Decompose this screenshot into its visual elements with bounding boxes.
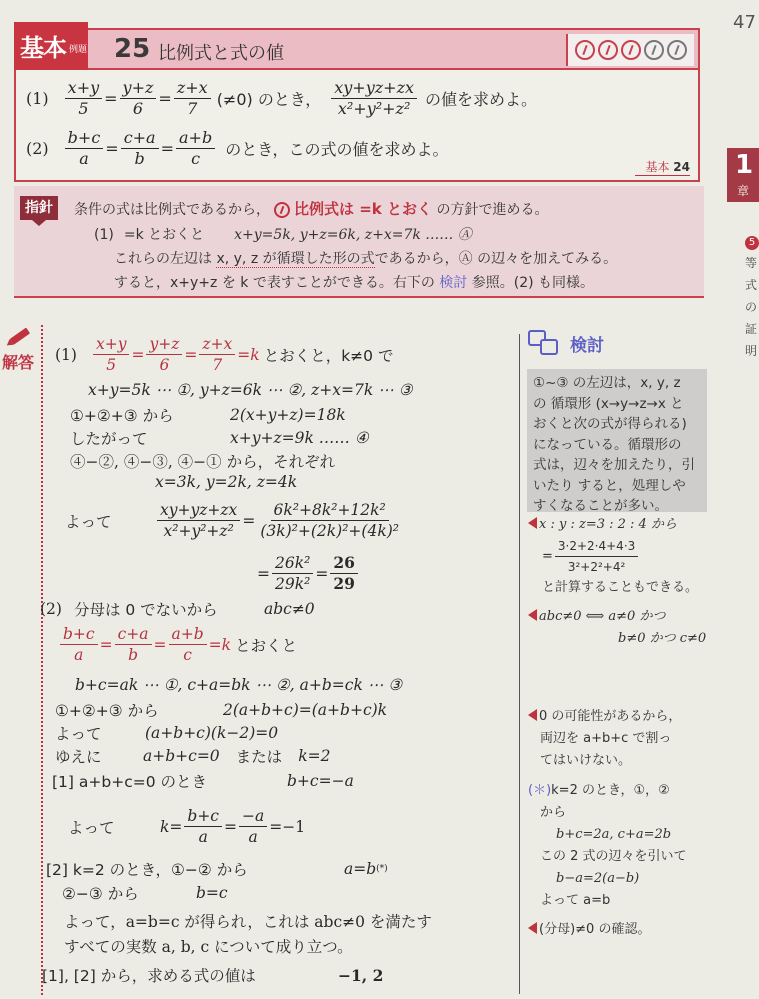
kentou-box: ①~③ の左辺は，x, y, z の 循環形 (x→y→z→x と おくと次の式… xyxy=(527,369,707,512)
fraction: 6k²+8k²+12k²(3k)²+(2k)²+(4k)² xyxy=(257,500,402,541)
answer-p1-line: x+y=5k ⋯ ①, y+z=6k ⋯ ②, z+x=7k ⋯ ③ xyxy=(88,381,412,399)
answer-p1-final: =26k²29k²= 2629 xyxy=(257,553,360,594)
side-note-star: (＊)k=2 のとき，①，② から b+c=2a, c+a=2b この 2 式の… xyxy=(528,780,687,912)
fraction: 26k²29k² xyxy=(272,553,313,594)
kentou-line: 式は，辺々を加えたり，引 xyxy=(533,455,701,476)
answer-p2-line: ②−③ からb=c xyxy=(62,882,228,904)
kentou-line: いたり すると，処理しや xyxy=(533,476,701,497)
difficulty-rating xyxy=(566,34,694,66)
difficulty-icon-filled xyxy=(575,40,595,60)
kentou-title: 検討 xyxy=(570,331,604,356)
answer-p2-line: ①+②+③ から2(a+b+c)=(a+b+c)k xyxy=(55,699,387,721)
example-title: 比例式と式の値 xyxy=(158,39,284,65)
side-note-ratio: x : y : z=3 : 2 : 4 から =3·2+2·4+4·33²+2²… xyxy=(528,514,698,599)
fraction: c+ab xyxy=(121,128,159,169)
ask-text: の値を求めよ。 xyxy=(425,87,537,110)
problem-part-1: (1) x+y5= y+z6= z+x7 (≠0) のとき， xy+yz+zxx… xyxy=(26,78,537,119)
final-fraction: 2629 xyxy=(330,553,358,594)
fraction: x+y5 xyxy=(93,334,130,375)
kentou-line: ①~③ の左辺は，x, y, z xyxy=(533,373,701,394)
part-label: (2) xyxy=(26,139,49,158)
fraction: y+z6 xyxy=(120,78,157,119)
kihon-tag: 基本 例題 xyxy=(14,22,88,70)
pointer-triangle-icon xyxy=(528,609,537,621)
hint-tag: 指針 xyxy=(20,196,58,220)
margin-char: 式 xyxy=(745,274,759,296)
fraction: z+x7 xyxy=(174,78,211,119)
part-label: (1) xyxy=(55,346,77,364)
answer-p2-line: すべての実数 a, b, c について成り立つ。 xyxy=(64,935,353,957)
answer-p1-intro: (1) x+y5= y+z6= z+x7 =k とおくと，k≠0 で xyxy=(55,334,393,375)
caution-icon xyxy=(274,202,290,218)
side-note-denominator: (分母)≠0 の確認。 xyxy=(528,919,650,941)
part-label: (2) xyxy=(40,600,62,618)
kentou-link[interactable]: 検討 xyxy=(439,275,467,291)
fraction: b+ca xyxy=(65,128,104,169)
fraction: −aa xyxy=(239,806,267,847)
chapter-label: 章 xyxy=(737,182,749,199)
final-answer: −1, 2 xyxy=(338,966,383,985)
condition-text: (≠0) のとき， xyxy=(217,87,322,110)
section-badge: 5 xyxy=(745,236,759,250)
ref-prefix: 基本 xyxy=(645,160,669,174)
hint-line-2: (1)=k とおくとx+y=5k, y+z=6k, z+x=7k …… Ⓐ xyxy=(94,224,472,244)
answer-p2-case2: [2] k=2 のとき，①−② からa=b(*) xyxy=(46,858,388,880)
answer-p1-line: したがってx+y+z=9k …… ④ xyxy=(70,427,369,449)
fraction: c+ab xyxy=(115,624,152,665)
fraction: b+ca xyxy=(184,806,222,847)
fraction: z+x7 xyxy=(199,334,235,375)
difficulty-icon-filled xyxy=(598,40,618,60)
kentou-icon xyxy=(528,330,562,356)
answer-p1-line: ①+②+③ から2(x+y+z)=18k xyxy=(70,404,346,426)
fraction: xy+yz+zxx²+y²+z² xyxy=(157,500,240,541)
answer-p1-line: ④−②, ④−③, ④−① から，それぞれ xyxy=(70,450,335,472)
pointer-triangle-icon xyxy=(528,517,537,529)
answer-p1-result: よって xy+yz+zxx²+y²+z²= 6k²+8k²+12k²(3k)²+… xyxy=(65,500,404,541)
answer-p2-line: ゆえにa+b+c=0またはk=2 xyxy=(55,745,330,767)
target-fraction: xy+yz+zxx²+y²+z² xyxy=(331,78,417,119)
fraction: x+y5 xyxy=(65,78,102,119)
answer-p2-intro: (2) 分母は 0 でないからabc≠0 xyxy=(40,598,315,620)
hint-section: 指針 条件の式は比例式であるから，比例式は =k とおく の方針で進める。 (1… xyxy=(14,186,704,298)
fraction: y+z6 xyxy=(146,334,182,375)
answer-p2-line: よって，a=b=c が得られ，これは abc≠0 を満たす xyxy=(64,910,432,932)
ask-text: のとき，この式の値を求めよ。 xyxy=(225,137,448,160)
fraction: 3·2+2·4+4·33²+2²+4² xyxy=(555,536,638,577)
margin-char: 明 xyxy=(745,340,759,362)
side-note-division: 0 の可能性があるから， 両辺を a+b+c で割っ てはいけない。 xyxy=(528,706,681,772)
problem-box: 基本 例題 25 比例式と式の値 (1) x+y5= y+z6= z+x7 (≠… xyxy=(14,28,700,182)
answer-p2-line: b+c=ak ⋯ ①, c+a=bk ⋯ ②, a+b=ck ⋯ ③ xyxy=(75,676,402,694)
reference-link[interactable]: 基本 24 xyxy=(635,158,690,176)
answer-p2-case1: [1] a+b+c=0 のときb+c=−a xyxy=(52,770,354,792)
difficulty-icon-empty xyxy=(667,40,687,60)
page-number: 47 xyxy=(733,12,756,33)
chapter-number: 1 xyxy=(735,150,753,180)
fraction: a+bc xyxy=(176,128,215,169)
kentou-line: おくと次の式が得られる) xyxy=(533,414,701,435)
answer-p2-setk: b+ca= c+ab= a+bc =k とおくと xyxy=(58,624,297,665)
hint-line-1: 条件の式は比例式であるから，比例式は =k とおく の方針で進める。 xyxy=(74,198,548,219)
answer-p2-case1-result: よって k= b+ca= −aa =−1 xyxy=(68,806,305,847)
difficulty-icon-filled xyxy=(621,40,641,60)
answer-p2-line: よって(a+b+c)(k−2)=0 xyxy=(55,722,278,744)
problem-header: 基本 例題 25 比例式と式の値 xyxy=(16,30,698,70)
fraction: b+ca xyxy=(60,624,98,665)
fraction: a+bc xyxy=(169,624,207,665)
answer-p2-final: [1], [2] から，求める式の値は−1, 2 xyxy=(42,964,383,986)
hint-line-3: これらの左辺は x, y, z が循環した形の式であるから，Ⓐ の辺々を加えてみ… xyxy=(114,248,617,268)
pencil-icon xyxy=(6,326,36,346)
difficulty-icon-empty xyxy=(644,40,664,60)
problem-part-2: (2) b+ca= c+ab= a+bc のとき，この式の値を求めよ。 xyxy=(26,128,449,169)
column-divider xyxy=(519,334,520,994)
margin-char: 等 xyxy=(745,252,759,274)
chapter-tab[interactable]: 1 章 xyxy=(727,148,759,202)
pointer-triangle-icon xyxy=(528,709,537,721)
hint-emphasis: 比例式は =k とおく xyxy=(294,200,432,218)
side-note-abc: abc≠0 ⟺ a≠0 かつ b≠0 かつ c≠0 xyxy=(528,606,706,650)
pointer-triangle-icon xyxy=(528,922,537,934)
answer-label-text: 解答 xyxy=(2,350,34,373)
margin-char: 証 xyxy=(745,318,759,340)
tag-main: 基本 xyxy=(20,28,66,63)
kentou-header: 検討 xyxy=(528,330,604,356)
kentou-line: の 循環形 (x→y→z→x と xyxy=(533,394,701,415)
part-label: (1) xyxy=(26,89,49,108)
answer-p1-line: x=3k, y=2k, z=4k xyxy=(155,473,297,491)
example-number: 25 xyxy=(114,34,150,64)
hint-line-4: すると，x+y+z を k で表すことができる。右下の 検討 参照。(2) も同… xyxy=(114,272,594,292)
margin-side-index: 5 等 式 の 証 明 xyxy=(745,230,759,362)
kentou-line: になっている。循環形の xyxy=(533,435,701,456)
ref-number: 24 xyxy=(673,160,690,174)
margin-char: の xyxy=(745,296,759,318)
tag-sub: 例題 xyxy=(69,42,87,55)
answer-dotted-rule xyxy=(41,325,43,995)
